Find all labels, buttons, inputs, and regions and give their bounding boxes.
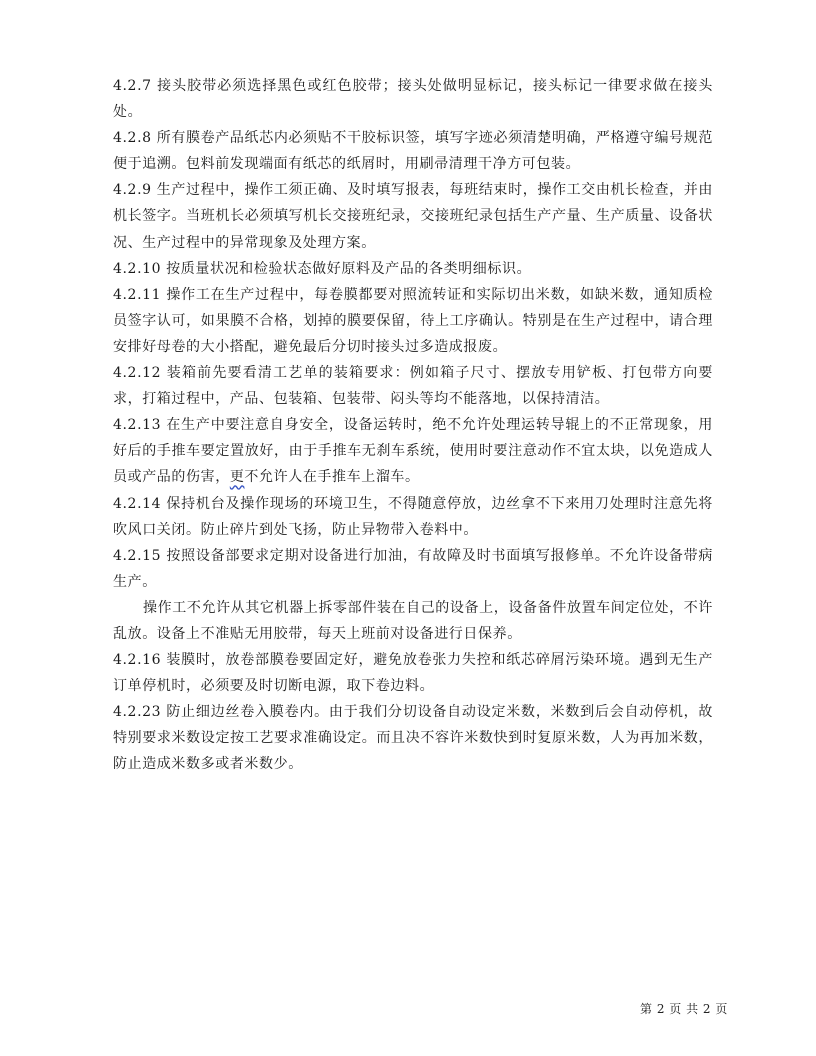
clause-4-2-9: 4.2.9 生产过程中，操作工须正确、及时填写报表，每班结束时，操作工交由机长检…	[113, 177, 713, 255]
document-body: 4.2.7 接头胶带必须选择黑色或红色胶带；接头处做明显标记，接头标记一律要求做…	[113, 73, 713, 778]
document-page: 4.2.7 接头胶带必须选择黑色或红色胶带；接头处做明显标记，接头标记一律要求做…	[0, 0, 816, 1056]
clause-4-2-23: 4.2.23 防止细边丝卷入膜卷内。由于我们分切设备自动设定米数，米数到后会自动…	[113, 699, 713, 777]
clause-4-2-7: 4.2.7 接头胶带必须选择黑色或红色胶带；接头处做明显标记，接头标记一律要求做…	[113, 73, 713, 125]
clause-4-2-15: 4.2.15 按照设备部要求定期对设备进行加油，有故障及时书面填写报修单。不允许…	[113, 543, 713, 595]
clause-4-2-13-text-after: 不允许人在手推车上溜车。	[244, 469, 419, 485]
clause-4-2-10: 4.2.10 按质量状况和检验状态做好原料及产品的各类明细标识。	[113, 256, 713, 282]
clause-4-2-16: 4.2.16 装膜时，放卷部膜卷要固定好，避免放卷张力失控和纸芯碎屑污染环境。遇…	[113, 647, 713, 699]
clause-4-2-8: 4.2.8 所有膜卷产品纸芯内必须贴不干胶标识签，填写字迹必须清楚明确，严格遵守…	[113, 125, 713, 177]
clause-4-2-15-note: 操作工不允许从其它机器上拆零部件装在自己的设备上，设备备件放置车间定位处，不许乱…	[113, 595, 713, 647]
clause-4-2-12: 4.2.12 装箱前先要看清工艺单的装箱要求：例如箱子尺寸、摆放专用铲板、打包带…	[113, 360, 713, 412]
page-number-footer: 第 2 页 共 2 页	[640, 1000, 728, 1017]
clause-4-2-11: 4.2.11 操作工在生产过程中，每卷膜都要对照流转证和实际切出米数，如缺米数，…	[113, 282, 713, 360]
clause-4-2-14: 4.2.14 保持机台及操作现场的环境卫生，不得随意停放，边丝拿不下来用刀处理时…	[113, 491, 713, 543]
spellcheck-marked-word: 更	[230, 469, 245, 485]
clause-4-2-13: 4.2.13 在生产中要注意自身安全，设备运转时，绝不允许处理运转导辊上的不正常…	[113, 412, 713, 490]
